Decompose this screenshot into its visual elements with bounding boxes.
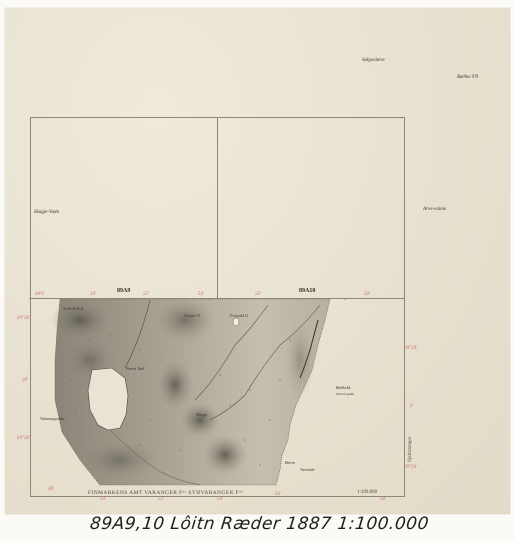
- graticule-tick: 58': [364, 292, 370, 297]
- graticule-tick: 52': [158, 497, 164, 502]
- graticule-tick: 48': [48, 487, 54, 492]
- bottom-region-text: FINMARKENS AMT VARANGER Fᵈᵒ SYDVARANGER …: [88, 490, 243, 496]
- place-label: Mæggi: [196, 412, 207, 417]
- place-label: Bæhko 9'9: [457, 75, 478, 80]
- scale-text: 1:100.000: [357, 490, 377, 495]
- handwritten-caption: 89A9,10 Lôitn Ræder 1887 1:100.000: [89, 514, 430, 534]
- place-label: Vonvoi gaikk: [336, 392, 354, 396]
- graticule-tick: 54': [198, 292, 204, 297]
- graticule-tick: 52': [143, 292, 149, 297]
- place-label: Skagje-Vadu: [34, 210, 59, 215]
- vertical-margin-text: Sydvaranger: [408, 437, 413, 462]
- place-label: Bæhkokk: [336, 385, 350, 390]
- place-label: Fergodd Ll: [230, 313, 248, 318]
- place-label: Arve-vaime: [423, 207, 446, 212]
- place-label: Sealvok-Nok: [63, 306, 83, 311]
- graticule-tick: 69°24': [404, 465, 417, 470]
- graticule-tick: 58': [380, 497, 386, 502]
- sheet-index-right: 89A10: [299, 288, 315, 294]
- place-label: Pærra Vadi: [126, 366, 144, 371]
- graticule-tick: 56': [275, 492, 281, 497]
- graticule-tick: 56': [255, 292, 261, 297]
- place-label: Vaimmeguobbe: [40, 416, 64, 421]
- graticule-tick: 54': [217, 497, 223, 502]
- graticule-tick: 69°26': [17, 436, 30, 441]
- place-label: Bærta: [285, 460, 295, 465]
- graticule-tick: 69°28': [404, 346, 417, 351]
- graticule-tick: 28': [22, 378, 28, 383]
- graticule-tick: 69°30': [17, 316, 30, 321]
- graticule-tick: 48'0: [35, 292, 44, 297]
- place-label: Tærmobr: [300, 467, 315, 472]
- graticule-tick: 50': [100, 497, 106, 502]
- graticule-tick: 50': [90, 292, 96, 297]
- sheet-divider-vertical: [217, 117, 218, 299]
- place-label: Vuoktu VI: [184, 313, 200, 318]
- place-label: Sølgvaiæve: [362, 58, 385, 63]
- graticule-tick: 6': [410, 404, 414, 409]
- sheet-index-left: 89A9: [117, 288, 130, 294]
